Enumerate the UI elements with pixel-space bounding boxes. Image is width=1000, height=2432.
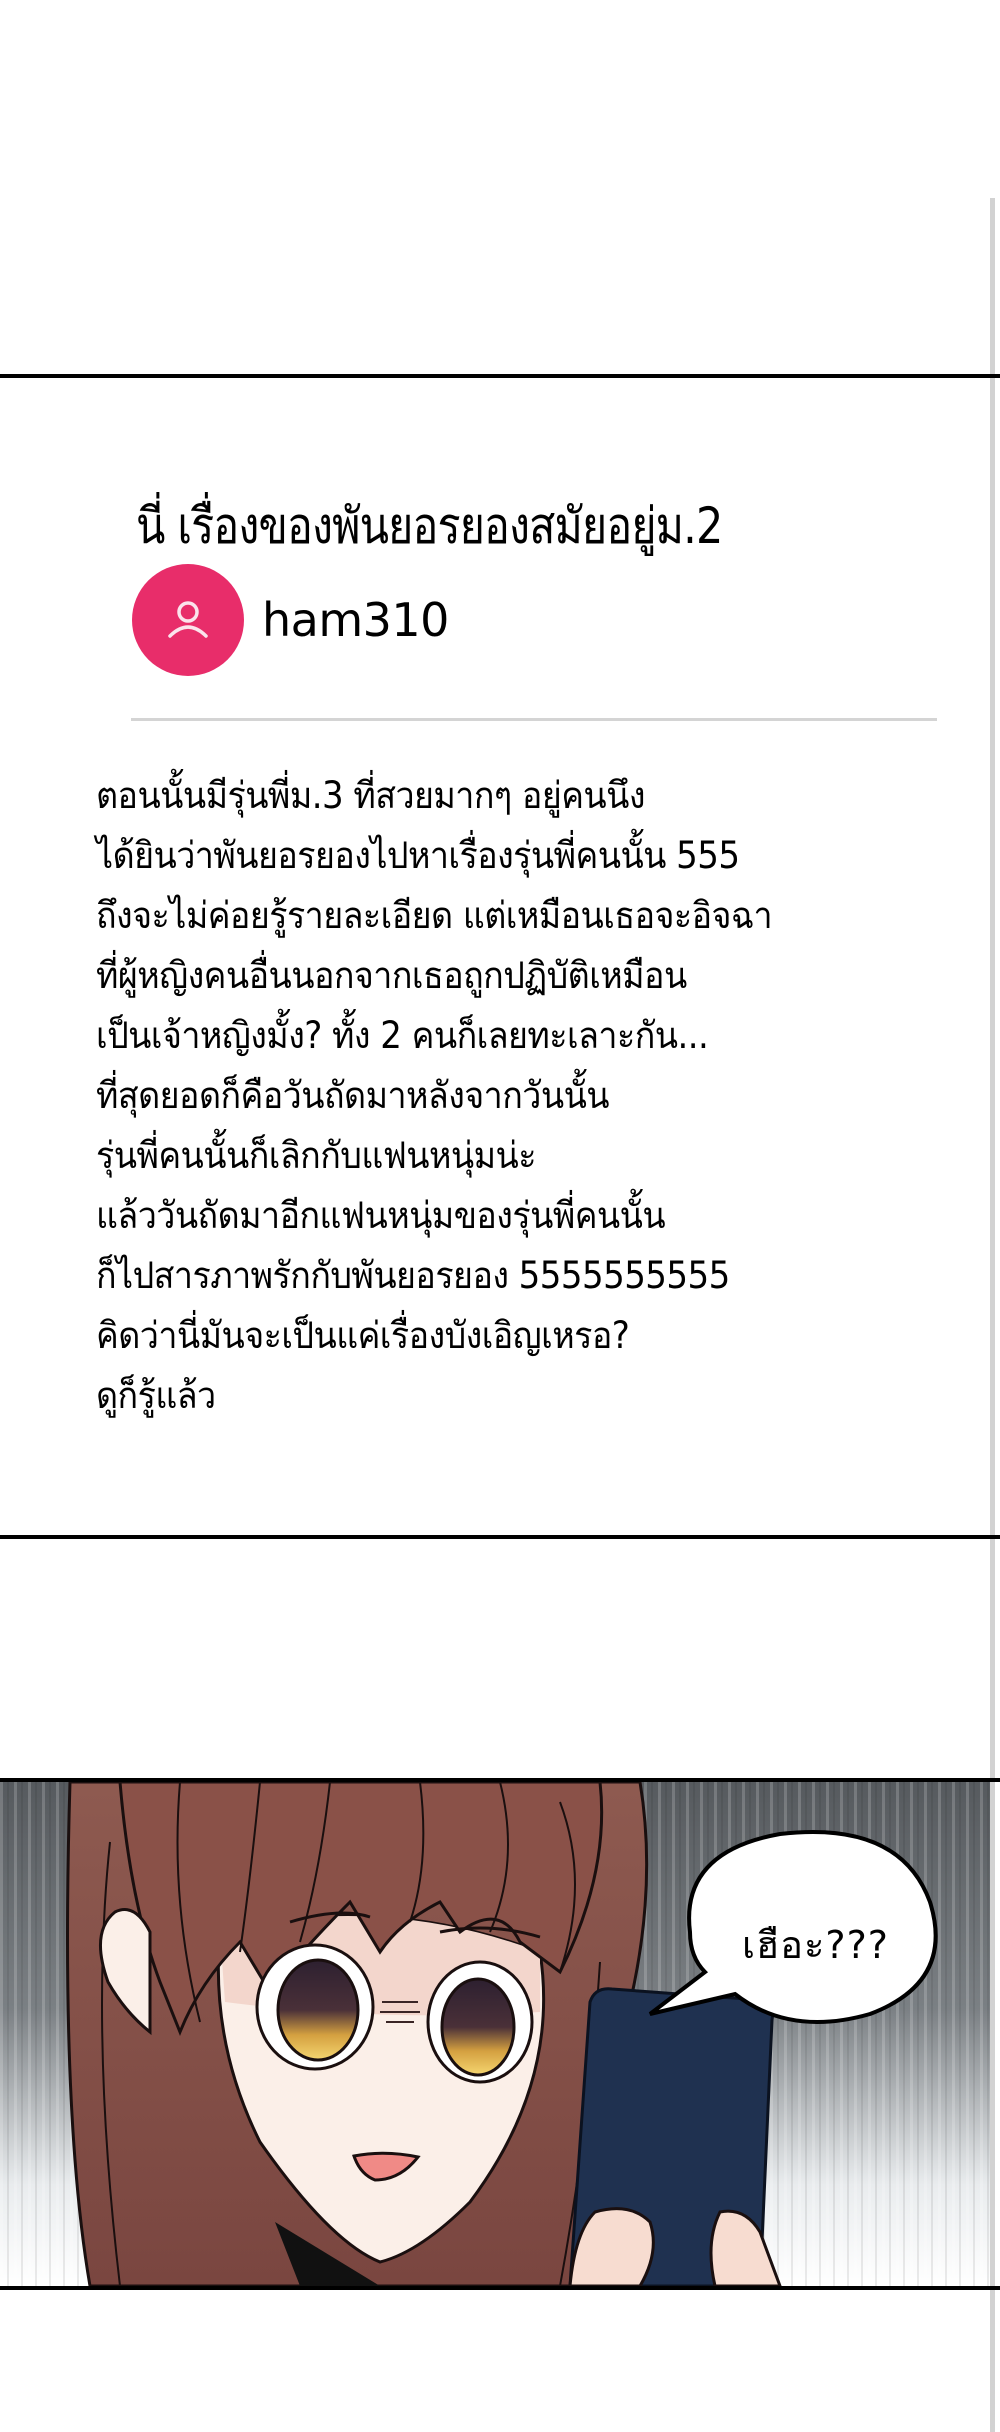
post-body: ตอนนั้นมีรุ่นพี่ม.3 ที่สวยมากๆ อยู่คนนึง… xyxy=(96,766,976,1426)
post-title: นี่ เรื่องของพันยอรยองสมัยอยู่ม.2 xyxy=(136,494,722,558)
body-line: คิดว่านี่มันจะเป็นแค่เรื่องบังเอิญเหรอ? xyxy=(96,1306,906,1366)
divider xyxy=(131,718,937,721)
body-line: ก็ไปสารภาพรักกับพันยอรยอง 5555555555 xyxy=(96,1246,906,1306)
scrollbar-track[interactable] xyxy=(990,198,995,2432)
body-line: รุ่นพี่คนนั้นก็เลิกกับแฟนหนุ่มน่ะ xyxy=(96,1126,906,1186)
avatar[interactable] xyxy=(132,564,244,676)
post-card: นี่ เรื่องของพันยอรยองสมัยอยู่ม.2 ham310… xyxy=(0,378,990,1535)
left-eye-iris xyxy=(278,1960,358,2060)
user-icon xyxy=(160,592,216,648)
speech-bubble-text: เฮือะ??? xyxy=(742,1914,889,1975)
body-line: ได้ยินว่าพันยอรยองไปหาเรื่องรุ่นพี่คนนั้… xyxy=(96,826,906,886)
comic-panel xyxy=(0,1782,990,2286)
body-line: ถึงจะไม่ค่อยรู้รายละเอียด แต่เหมือนเธอจะ… xyxy=(96,886,906,946)
body-line: ที่สุดยอดก็คือวันถัดมาหลังจากวันนั้น xyxy=(96,1066,906,1126)
body-line: ที่ผู้หญิงคนอื่นนอกจากเธอถูกปฏิบัติเหมือ… xyxy=(96,946,906,1006)
middle-rule xyxy=(0,1535,1000,1539)
body-line: แล้ววันถัดมาอีกแฟนหนุ่มของรุ่นพี่คนนั้น xyxy=(96,1186,906,1246)
body-line: ดูก็รู้แล้ว xyxy=(96,1366,906,1426)
body-line: เป็นเจ้าหญิงมั้ง? ทั้ง 2 คนก็เลยทะเลาะกั… xyxy=(96,1006,906,1066)
comic-illustration xyxy=(0,1782,990,2286)
author-name[interactable]: ham310 xyxy=(262,593,449,647)
right-eye-iris xyxy=(442,1979,514,2075)
body-line: ตอนนั้นมีรุ่นพี่ม.3 ที่สวยมากๆ อยู่คนนึง xyxy=(96,766,906,826)
author-row[interactable]: ham310 xyxy=(132,564,449,676)
bottom-rule xyxy=(0,2286,1000,2290)
